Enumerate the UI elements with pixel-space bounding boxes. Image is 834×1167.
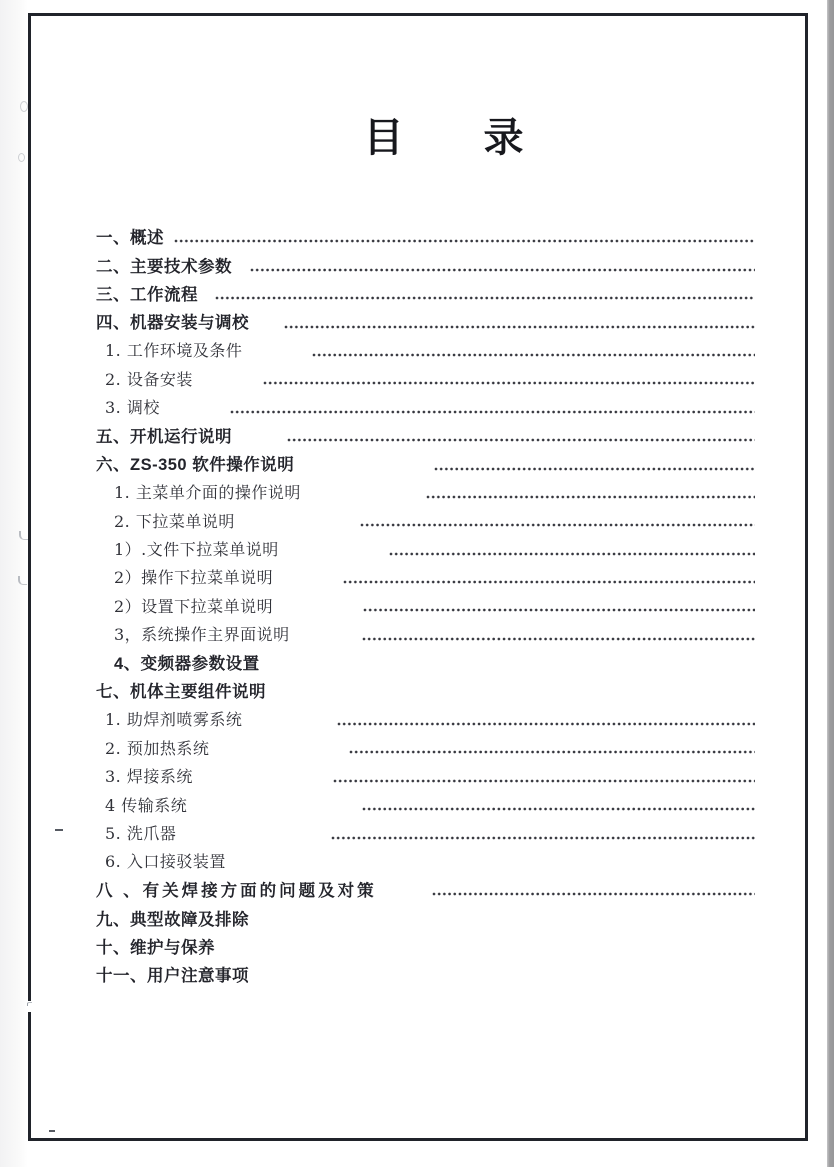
dot-leader bbox=[215, 296, 755, 300]
toc-entry-label: 4 传输系统 bbox=[105, 793, 187, 816]
toc-row: 一、概述 bbox=[96, 222, 755, 250]
leader-gap bbox=[198, 292, 215, 293]
toc-row: 3. 焊接系统 bbox=[105, 761, 755, 789]
toc-row: 九、典型故障及排除 bbox=[96, 903, 755, 931]
toc-row: 1. 主菜单介面的操作说明 bbox=[114, 478, 755, 506]
toc-entry-label: 九、典型故障及排除 bbox=[96, 906, 249, 930]
toc-row: 2）操作下拉菜单说明 bbox=[114, 563, 755, 591]
leader-gap bbox=[193, 775, 333, 776]
leader-gap bbox=[176, 832, 331, 833]
leader-gap bbox=[249, 321, 284, 322]
toc-entry-label: 2. 预加热系统 bbox=[105, 736, 209, 759]
dot-leader bbox=[432, 892, 755, 896]
toc-entry-label: 七、机体主要组件说明 bbox=[96, 678, 266, 702]
toc-row: 十一、用户注意事项 bbox=[96, 960, 755, 988]
scan-edge-strip bbox=[827, 0, 834, 1167]
dot-leader bbox=[343, 580, 755, 584]
toc-row: 4 传输系统 bbox=[105, 790, 755, 818]
toc-row: 五、开机运行说明 bbox=[96, 421, 755, 449]
leader-gap bbox=[164, 236, 174, 237]
toc-entry-label: 十、维护与保养 bbox=[96, 934, 215, 958]
leader-gap bbox=[301, 491, 426, 492]
toc-entry-label: 十一、用户注意事项 bbox=[96, 962, 249, 986]
dot-leader bbox=[250, 268, 755, 272]
border-scan-defect bbox=[27, 1001, 34, 1012]
scanned-page: 目 录 一、概述二、主要技术参数三、工作流程四、机器安装与调校1. 工作环境及条… bbox=[0, 0, 834, 1167]
toc-row: 三、工作流程 bbox=[96, 279, 755, 307]
leader-gap bbox=[273, 605, 363, 606]
toc-entry-label: 1）.文件下拉菜单说明 bbox=[114, 537, 279, 560]
dot-leader bbox=[174, 239, 755, 243]
toc-entry-label: 3. 焊接系统 bbox=[105, 764, 193, 787]
leader-gap bbox=[160, 406, 230, 407]
toc-row: 6. 入口接驳装置 bbox=[105, 847, 755, 875]
toc-row: 2. 设备安装 bbox=[105, 364, 755, 392]
toc-row: 二、主要技术参数 bbox=[96, 250, 755, 278]
toc-entry-label: 2. 下拉菜单说明 bbox=[114, 509, 235, 532]
leader-gap bbox=[232, 264, 250, 265]
dot-leader bbox=[263, 381, 755, 385]
dot-leader bbox=[360, 523, 755, 527]
leader-gap bbox=[294, 463, 434, 464]
toc-row: 3. 调校 bbox=[105, 392, 755, 420]
leader-gap bbox=[290, 633, 362, 634]
toc-row: 1. 工作环境及条件 bbox=[105, 336, 755, 364]
dot-leader bbox=[389, 552, 755, 556]
toc-entry-label: 八 、有关焊接方面的问题及对策 bbox=[96, 877, 377, 901]
toc-row: 1）.文件下拉菜单说明 bbox=[114, 534, 755, 562]
toc-entry-label: 2）设置下拉菜单说明 bbox=[114, 594, 273, 617]
dot-leader bbox=[230, 410, 755, 414]
toc-entry-label: 五、开机运行说明 bbox=[96, 423, 232, 447]
toc-row: 四、机器安装与调校 bbox=[96, 307, 755, 335]
dot-leader bbox=[312, 353, 755, 357]
toc-row: 3，系统操作主界面说明 bbox=[114, 619, 755, 647]
dot-leader bbox=[287, 438, 755, 442]
toc-row: 八 、有关焊接方面的问题及对策 bbox=[96, 875, 755, 903]
toc-entry-label: 六、ZS-350 软件操作说明 bbox=[96, 451, 294, 475]
toc-entry-label: 二、主要技术参数 bbox=[96, 253, 232, 277]
toc-entry-label: 6. 入口接驳装置 bbox=[105, 849, 226, 872]
leader-gap bbox=[187, 804, 362, 805]
toc-row: 十、维护与保养 bbox=[96, 932, 755, 960]
toc-entry-label: 三、工作流程 bbox=[96, 281, 198, 305]
dot-leader bbox=[426, 495, 755, 499]
dot-leader bbox=[331, 836, 755, 840]
scan-left-margin bbox=[0, 0, 28, 1167]
toc-row: 4、变频器参数设置 bbox=[114, 648, 755, 676]
toc-entry-label: 2）操作下拉菜单说明 bbox=[114, 565, 273, 588]
toc-entry-label: 1. 主菜单介面的操作说明 bbox=[114, 480, 301, 503]
toc-entry-label: 一、概述 bbox=[96, 224, 164, 248]
dot-leader bbox=[363, 608, 755, 612]
leader-gap bbox=[242, 718, 337, 719]
toc-entry-label: 1. 工作环境及条件 bbox=[105, 338, 242, 361]
leader-gap bbox=[209, 747, 349, 748]
toc-entry-label: 3，系统操作主界面说明 bbox=[114, 622, 290, 645]
leader-gap bbox=[235, 520, 360, 521]
leader-gap bbox=[242, 349, 312, 350]
toc-row: 六、ZS-350 软件操作说明 bbox=[96, 449, 755, 477]
toc-entry-label: 5. 洗爪器 bbox=[105, 821, 176, 844]
dot-leader bbox=[362, 637, 755, 641]
toc-row: 2. 预加热系统 bbox=[105, 733, 755, 761]
leader-gap bbox=[377, 889, 432, 890]
leader-gap bbox=[279, 548, 389, 549]
page-title: 目 录 bbox=[114, 114, 773, 162]
dot-leader bbox=[434, 467, 755, 471]
leader-gap bbox=[232, 434, 287, 435]
toc-entry-label: 3. 调校 bbox=[105, 395, 160, 418]
toc-entry-label: 四、机器安装与调校 bbox=[96, 309, 249, 333]
toc-entry-label: 1. 助焊剂喷雾系统 bbox=[105, 707, 242, 730]
dot-leader bbox=[284, 325, 755, 329]
dot-leader bbox=[337, 722, 755, 726]
leader-gap bbox=[273, 576, 343, 577]
toc-row: 七、机体主要组件说明 bbox=[96, 676, 755, 704]
dot-leader bbox=[349, 750, 755, 754]
toc-entry-label: 2. 设备安装 bbox=[105, 367, 193, 390]
leader-gap bbox=[193, 378, 263, 379]
toc-list: 一、概述二、主要技术参数三、工作流程四、机器安装与调校1. 工作环境及条件2. … bbox=[96, 222, 755, 989]
toc-row: 2. 下拉菜单说明 bbox=[114, 506, 755, 534]
toc-entry-label: 4、变频器参数设置 bbox=[114, 650, 260, 674]
dot-leader bbox=[362, 807, 755, 811]
toc-row: 5. 洗爪器 bbox=[105, 818, 755, 846]
toc-row: 2）设置下拉菜单说明 bbox=[114, 591, 755, 619]
dot-leader bbox=[333, 779, 755, 783]
toc-row: 1. 助焊剂喷雾系统 bbox=[105, 705, 755, 733]
